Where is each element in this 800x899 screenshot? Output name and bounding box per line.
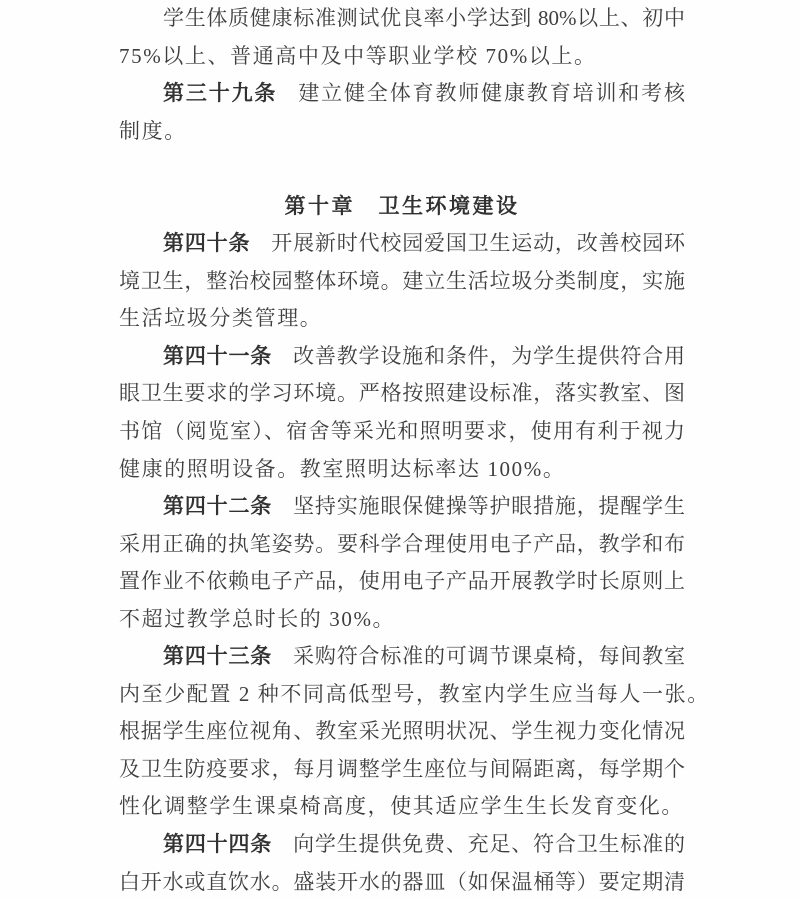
text-line: 第四十四条向学生提供免费、充足、符合卫生标准的	[119, 826, 685, 864]
blank-line	[119, 150, 685, 188]
text-line: 性化调整学生课桌椅高度，使其适应学生生长发育变化。	[119, 788, 685, 826]
article-number: 第四十条	[163, 231, 250, 255]
line-text: 采购符合标准的可调节课桌椅，每间教室	[293, 644, 685, 668]
line-text: 采用正确的执笔姿势。要科学合理使用电子产品，教学和布	[119, 532, 685, 556]
article-number: 第四十四条	[163, 832, 272, 856]
text-line: 书馆（阅览室）、宿舍等采光和照明要求，使用有利于视力	[119, 413, 685, 451]
text-line: 制度。	[119, 113, 685, 151]
line-text: 根据学生座位视角、教室采光照明状况、学生视力变化情况	[119, 719, 685, 743]
line-text: 健康的照明设备。教室照明达标率达 100%。	[119, 457, 565, 481]
line-text: 眼卫生要求的学习环境。严格按照建设标准，落实教室、图	[119, 381, 685, 405]
text-line: 内至少配置 2 种不同高低型号，教室内学生应当每人一张。	[119, 676, 685, 714]
article-number: 第四十三条	[163, 644, 272, 668]
line-text: 建立健全体育教师健康教育培训和考核	[298, 81, 685, 105]
line-text: 生活垃圾分类管理。	[119, 306, 322, 330]
line-text: 开展新时代校园爱国卫生运动，改善校园环	[271, 231, 685, 255]
text-line: 第四十二条坚持实施眼保健操等护眼措施，提醒学生	[119, 488, 685, 526]
line-text: 性化调整学生课桌椅高度，使其适应学生生长发育变化。	[119, 794, 684, 818]
text-line: 眼卫生要求的学习环境。严格按照建设标准，落实教室、图	[119, 375, 685, 413]
article-number: 第四十二条	[163, 494, 272, 518]
text-line: 采用正确的执笔姿势。要科学合理使用电子产品，教学和布	[119, 526, 685, 564]
text-line: 学生体质健康标准测试优良率小学达到 80%以上、初中	[119, 0, 685, 38]
line-text: 坚持实施眼保健操等护眼措施，提醒学生	[293, 494, 685, 518]
text-line: 第四十一条改善教学设施和条件，为学生提供符合用	[119, 338, 685, 376]
line-text: 改善教学设施和条件，为学生提供符合用	[293, 344, 685, 368]
text-line: 根据学生座位视角、教室采光照明状况、学生视力变化情况	[119, 713, 685, 751]
line-text: 学生体质健康标准测试优良率小学达到 80%以上、初中	[163, 6, 685, 30]
line-text: 制度。	[119, 119, 187, 143]
text-line: 及卫生防疫要求，每月调整学生座位与间隔距离，每学期个	[119, 751, 685, 789]
line-text: 境卫生，整治校园整体环境。建立生活垃圾分类制度，实施	[119, 269, 685, 293]
line-text: 及卫生防疫要求，每月调整学生座位与间隔距离，每学期个	[119, 757, 685, 781]
text-line: 白开水或直饮水。盛装开水的器皿（如保温桶等）要定期清	[119, 864, 685, 899]
line-text: 不超过教学总时长的 30%。	[119, 607, 395, 631]
line-text: 置作业不依赖电子产品，使用电子产品开展教学时长原则上	[119, 569, 685, 593]
chapter-heading: 第十章 卫生环境建设	[119, 188, 685, 226]
article-number: 第四十一条	[163, 344, 272, 368]
line-text: 内至少配置 2 种不同高低型号，教室内学生应当每人一张。	[119, 682, 710, 706]
text-line: 第三十九条建立健全体育教师健康教育培训和考核	[119, 75, 685, 113]
text-line: 75%以上、普通高中及中等职业学校 70%以上。	[119, 38, 685, 76]
line-text: 75%以上、普通高中及中等职业学校 70%以上。	[119, 44, 597, 68]
line-text: 白开水或直饮水。盛装开水的器皿（如保温桶等）要定期清	[119, 870, 685, 894]
text-line: 健康的照明设备。教室照明达标率达 100%。	[119, 451, 685, 489]
line-text: 书馆（阅览室）、宿舍等采光和照明要求，使用有利于视力	[119, 419, 685, 443]
document-page: 学生体质健康标准测试优良率小学达到 80%以上、初中 75%以上、普通高中及中等…	[0, 0, 800, 899]
text-line: 境卫生，整治校园整体环境。建立生活垃圾分类制度，实施	[119, 263, 685, 301]
text-line: 第四十三条采购符合标准的可调节课桌椅，每间教室	[119, 638, 685, 676]
text-line: 不超过教学总时长的 30%。	[119, 601, 685, 639]
document-text: 学生体质健康标准测试优良率小学达到 80%以上、初中 75%以上、普通高中及中等…	[119, 0, 685, 899]
text-line: 第四十条开展新时代校园爱国卫生运动，改善校园环	[119, 225, 685, 263]
text-line: 生活垃圾分类管理。	[119, 300, 685, 338]
line-text: 向学生提供免费、充足、符合卫生标准的	[293, 832, 685, 856]
text-line: 置作业不依赖电子产品，使用电子产品开展教学时长原则上	[119, 563, 685, 601]
article-number: 第三十九条	[163, 81, 277, 105]
